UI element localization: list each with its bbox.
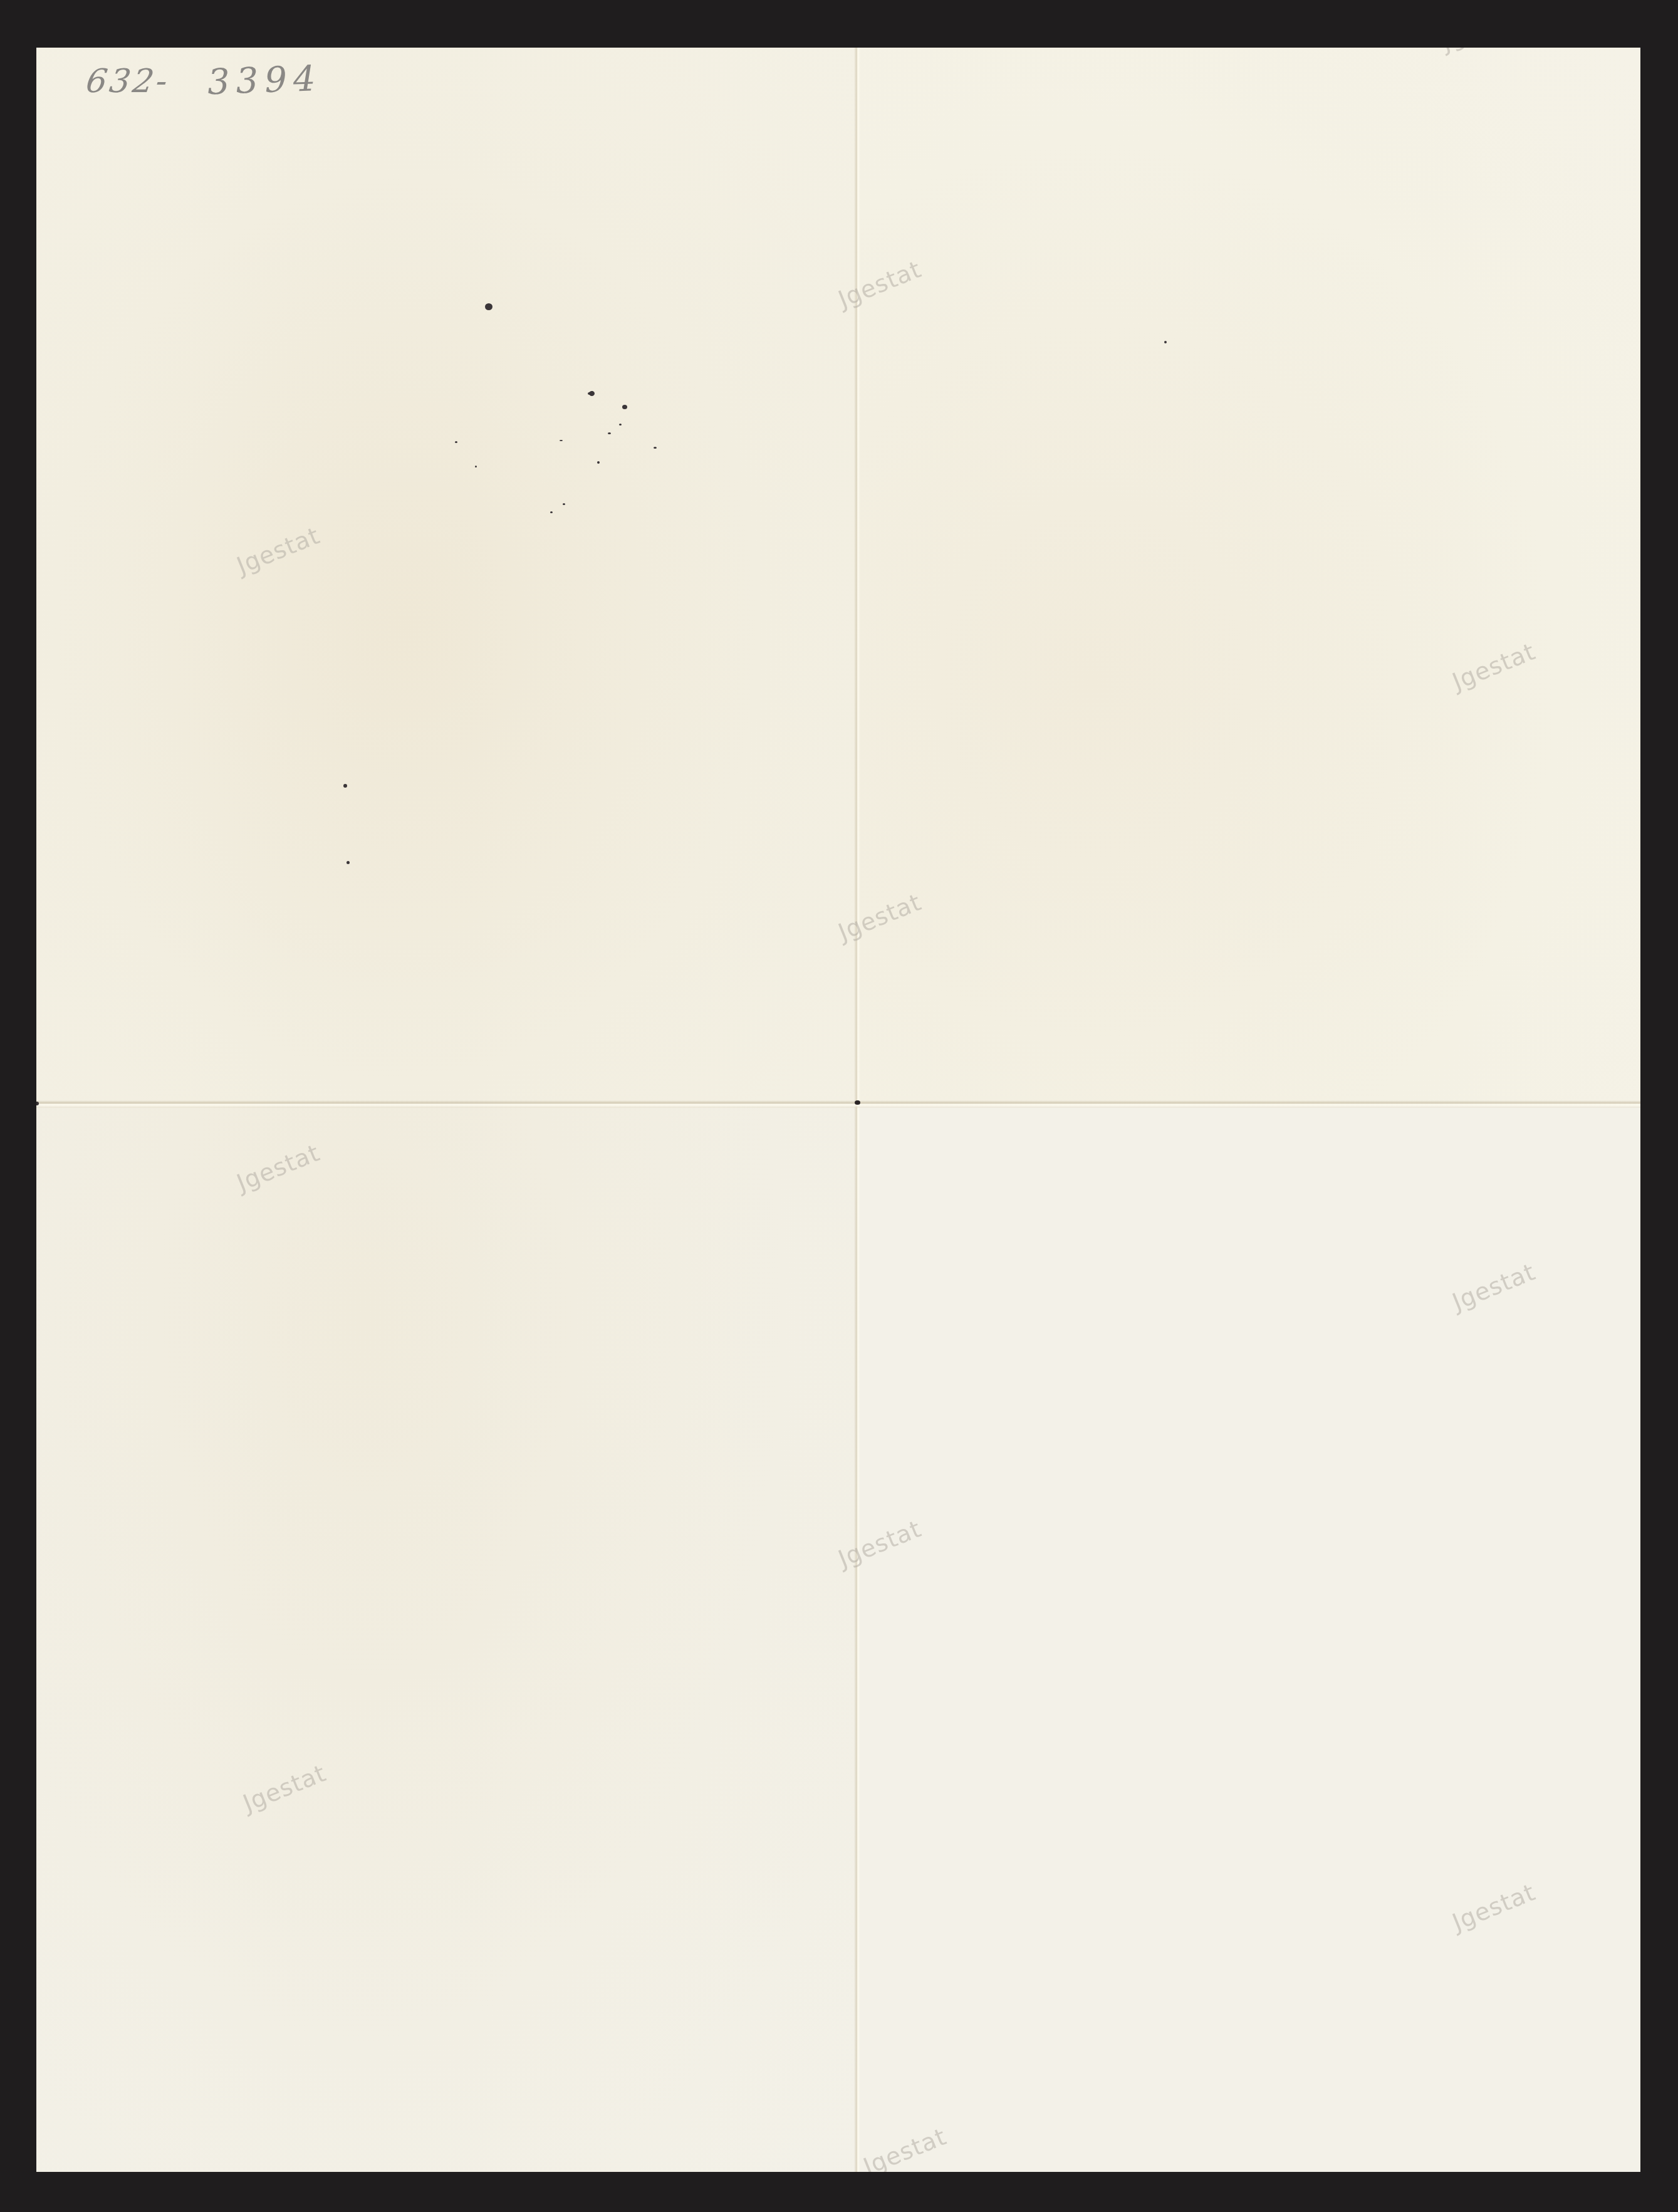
panel-top-right — [857, 48, 1640, 1104]
ink-speck — [622, 405, 627, 409]
ink-speck — [550, 511, 553, 513]
document-page: 632- 3394 Jgestat Jgestat Jgestat Jgesta… — [36, 48, 1640, 2172]
ink-speck — [619, 424, 622, 425]
ink-speck — [455, 441, 457, 443]
ink-speck — [485, 303, 492, 310]
fold-intersection-hole — [855, 1100, 860, 1105]
ink-speck — [475, 466, 477, 467]
handwritten-prefix: 632- — [84, 63, 172, 100]
handwritten-reference: 632- 3394 — [86, 60, 322, 101]
ink-speck — [1164, 341, 1167, 343]
ink-speck — [343, 784, 347, 788]
ink-speck — [589, 391, 595, 396]
ink-speck — [563, 503, 565, 505]
handwritten-number: 3394 — [207, 58, 323, 103]
ink-speck — [347, 861, 350, 864]
ink-speck — [597, 461, 600, 464]
panel-bottom-left — [36, 1104, 857, 2172]
panel-top-left — [36, 48, 857, 1104]
ink-speck — [654, 447, 657, 449]
ink-speck — [560, 440, 563, 441]
vertical-fold-line — [854, 48, 860, 2172]
horizontal-fold-line — [36, 1100, 1640, 1108]
ink-speck — [608, 432, 611, 434]
